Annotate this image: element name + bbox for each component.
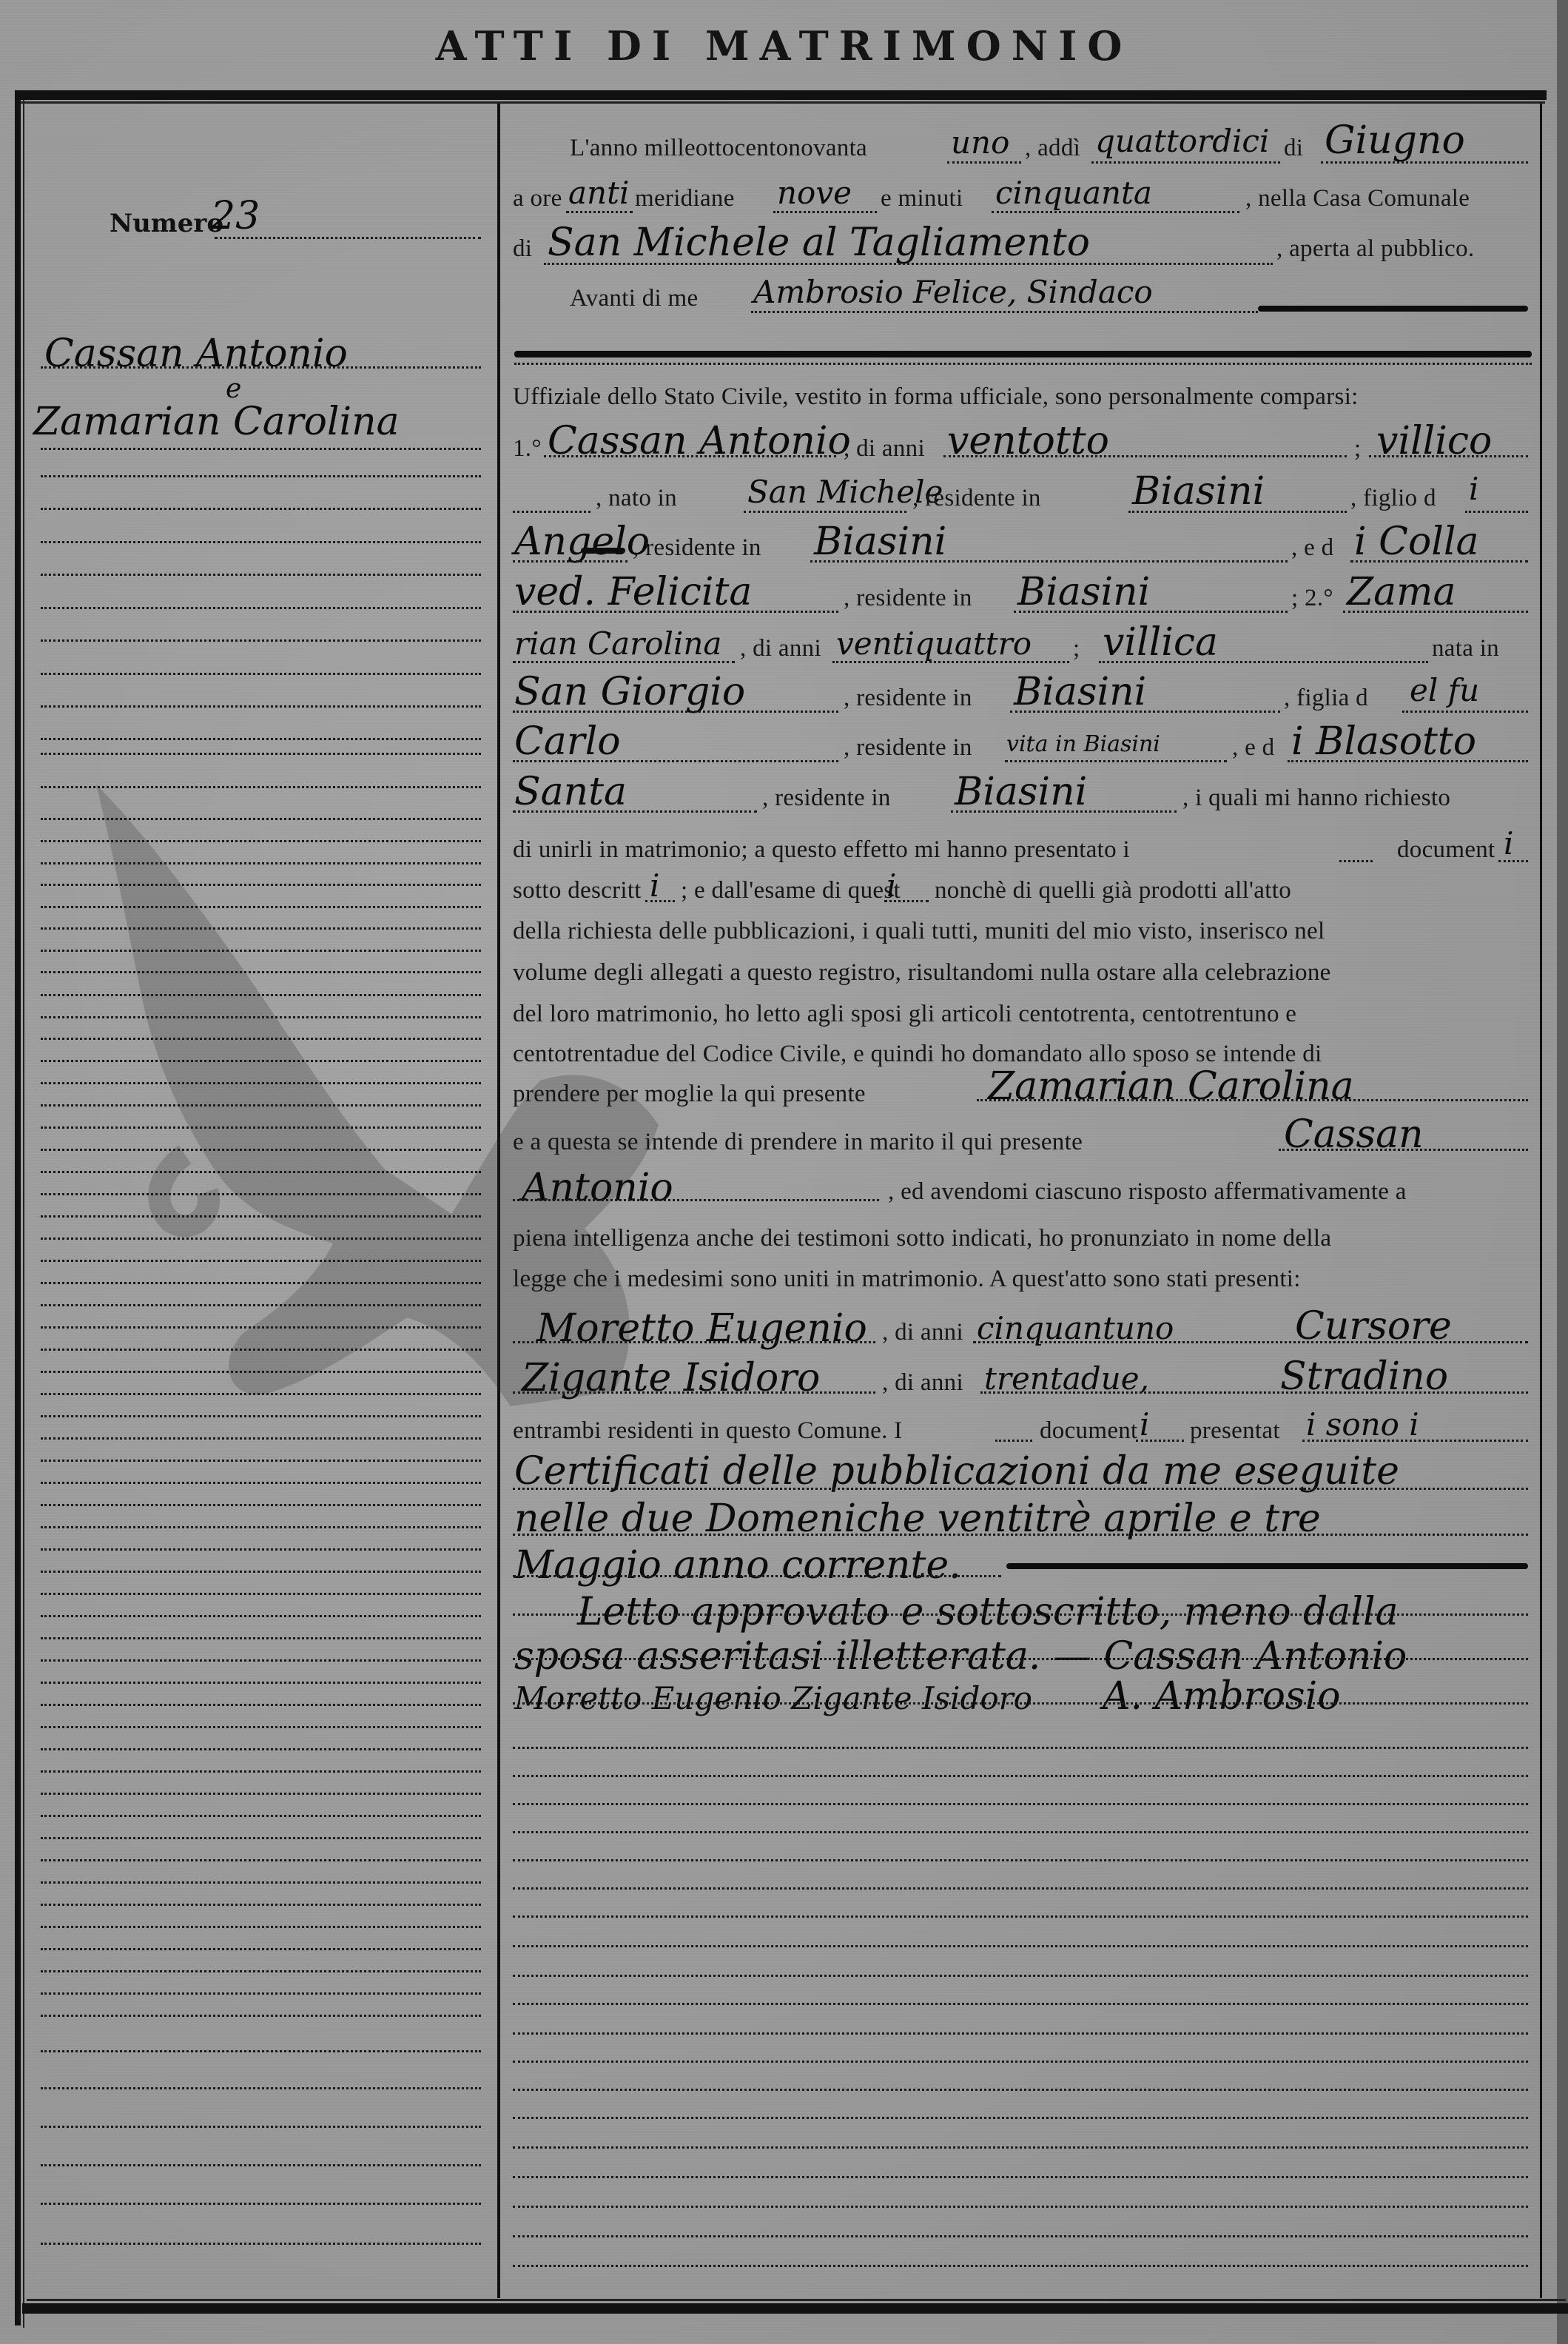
text-figlio-d: , figlio d (1350, 485, 1436, 512)
closing-statement: Letto approvato e sottoscritto, meno dal… (577, 1590, 1399, 1634)
dotted-line (977, 1099, 1528, 1101)
dotted-line (513, 1575, 1001, 1577)
dotted-line (513, 711, 838, 713)
bottom-rule-thin (27, 2299, 1566, 2301)
text-e-d: , e d (1291, 534, 1333, 562)
field-hour: nove (777, 175, 852, 211)
field-officiant: Ambrosio Felice, Sindaco (753, 274, 1153, 310)
filler-line (1258, 306, 1528, 312)
dotted-line (1339, 860, 1373, 862)
dotted-line (992, 211, 1239, 213)
field-document-suffix-2: i (1140, 1406, 1149, 1443)
dotted-line (951, 810, 1177, 813)
text-semicolon: ; (1073, 635, 1080, 662)
text-body-18: del loro matrimonio, ho letto agli sposi… (513, 1001, 1296, 1028)
text-2: ; 2.° (1291, 585, 1333, 612)
dotted-line (751, 311, 1258, 313)
dotted-line (566, 211, 633, 213)
numero-label: Numero (110, 209, 223, 238)
dotted-line (513, 1534, 1528, 1536)
index-spouse-1: Cassan Antonio (44, 332, 348, 376)
text-figlia-d: , figlia d (1284, 685, 1368, 712)
text-nonche: nonchè di quelli già prodotti all'atto (935, 877, 1291, 904)
field-witness-1-name: Moretto Eugenio (536, 1306, 867, 1351)
dotted-line (645, 900, 675, 902)
column-divider (497, 104, 500, 2298)
field-year: uno (951, 124, 1009, 161)
text-meridiane: meridiane (635, 185, 735, 212)
field-minutes: cinquanta (995, 175, 1152, 211)
field-municipality: San Michele al Tagliamento (548, 221, 1090, 265)
dotted-line (513, 810, 757, 813)
dotted-line (513, 511, 590, 513)
dotted-line (513, 661, 735, 663)
text-di: di (1284, 135, 1303, 162)
dotted-line (514, 363, 1532, 365)
text-avendomi: , ed avendomi ciascuno risposto affermat… (888, 1178, 1407, 1206)
field-document-suffix: i (1504, 825, 1513, 862)
text-body-24: legge che i medesimi sono uniti in matri… (513, 1266, 1301, 1293)
register-title: ATTI DI MATRIMONIO (0, 22, 1568, 70)
text-residente-in: , residente in (762, 785, 891, 812)
field-presentat-suffix: i sono i (1306, 1406, 1419, 1443)
field-bride-occupation: villica (1103, 620, 1218, 665)
text-body-16: della richiesta delle pubblicazioni, i q… (513, 918, 1325, 945)
field-bride-father-prefix: el fu (1410, 672, 1479, 708)
text-prendere-moglie: prendere per moglie la qui presente (513, 1081, 866, 1108)
field-groom-father-residence: Biasini (814, 520, 946, 564)
right-border (1540, 104, 1542, 2298)
field-groom-mother: i Colla (1354, 520, 1479, 564)
dotted-line (513, 1613, 1528, 1616)
text-body-17: volume degli allegati a questo registro,… (513, 959, 1331, 987)
dotted-line (773, 211, 877, 213)
field-groom-given-name: Antonio (522, 1166, 673, 1210)
left-border (15, 90, 21, 2325)
bottom-rule (22, 2303, 1568, 2314)
field-bride-birthplace: San Giorgio (514, 670, 745, 714)
dotted-line (832, 661, 1069, 663)
index-spouse-2: Zamarian Carolina (33, 400, 400, 444)
dotted-line (544, 263, 1273, 265)
text-nato-in: , nato in (596, 485, 677, 512)
dotted-line (1465, 511, 1528, 513)
dotted-line (513, 1391, 875, 1394)
field-bride-mother: i Blasotto (1291, 719, 1476, 764)
text-di-comune: di (513, 235, 532, 263)
field-bride-surname-start: Zama (1347, 570, 1456, 614)
text-document: document (1397, 836, 1495, 864)
dotted-line (1321, 161, 1528, 164)
witness-signatures: Moretto Eugenio Zigante Isidoro (514, 1680, 1032, 1716)
field-bride-mother-residence: Biasini (955, 770, 1087, 814)
dotted-line (973, 1341, 1528, 1343)
field-bride-father: Carlo (514, 719, 621, 764)
text-a-ore: a ore (513, 185, 562, 212)
dotted-line (513, 1658, 1528, 1660)
field-bride-name: rian Carolina (514, 625, 721, 662)
text-minuti: e minuti (881, 185, 963, 212)
dotted-line (1498, 860, 1528, 862)
text-di-anni: , di anni (882, 1369, 963, 1397)
dotted-line (1136, 1440, 1184, 1442)
field-bride-age: ventiquattro (836, 625, 1032, 662)
text-residente-in: , residente in (912, 485, 1041, 512)
top-rule (15, 90, 1547, 100)
text-aperta-pubblico: , aperta al pubblico. (1276, 235, 1474, 263)
text-residente-in: , residente in (844, 734, 972, 762)
text-casa-comunale: , nella Casa Comunale (1245, 185, 1470, 212)
text-unirli: di unirli in matrimonio; a questo effett… (513, 836, 1130, 864)
handwritten-documents-line-1: Certificati delle pubblicazioni da me es… (514, 1449, 1399, 1494)
field-day: quattordici (1095, 123, 1269, 159)
act-number: 23 (211, 194, 260, 238)
dotted-line (980, 1391, 1528, 1394)
dotted-line (513, 611, 838, 613)
dotted-line (1288, 760, 1528, 762)
filler-line (1006, 1563, 1528, 1569)
dotted-line (947, 161, 1021, 164)
text-body-23: piena intelligenza anche dei testimoni s… (513, 1225, 1331, 1252)
dotted-line (1343, 611, 1528, 613)
field-groom-father: Angelo (514, 520, 650, 564)
text-document: document (1040, 1417, 1138, 1445)
dotted-line (943, 455, 1347, 457)
dotted-line (995, 1440, 1032, 1442)
text-di-anni: , di anni (740, 635, 821, 662)
text-addi: , addì (1025, 135, 1080, 162)
dotted-line (513, 1341, 875, 1343)
dotted-line (744, 511, 906, 513)
field-groom-mother-cont: ved. Felicita (514, 570, 752, 614)
text-esame: ; e dall'esame di quest (681, 877, 901, 904)
text-prendere-marito: e a questa se intende di prendere in mar… (513, 1129, 1083, 1156)
dotted-line (1402, 711, 1528, 713)
text-di-anni: , di anni (882, 1319, 963, 1346)
officiant-signature: A. Ambrosio (1103, 1674, 1341, 1719)
text-residente-in: , residente in (844, 585, 972, 612)
numero-dotted-line (215, 237, 481, 239)
field-groom-mother-residence: Biasini (1017, 570, 1150, 614)
closing-illiterate-groom-signature: sposa asseritasi illetterata. — Cassan A… (514, 1634, 1407, 1679)
text-sotto-descritt: sotto descritt (513, 877, 642, 904)
text-presentat: presentat (1190, 1417, 1280, 1445)
text-residente-in: , residente in (633, 534, 761, 562)
text-quali-richiesto: , i quali mi hanno richiesto (1182, 785, 1450, 812)
text-residente-in: , residente in (844, 685, 972, 712)
text-year-label: L'anno milleottocentonovanta (570, 135, 867, 162)
field-groom-father-prefix: i (1469, 471, 1478, 507)
top-rule-thin (21, 101, 1545, 104)
text-ufficiale-intro: Uffiziale dello Stato Civile, vestito in… (513, 383, 1359, 411)
dotted-line (513, 1488, 1528, 1490)
dotted-line (1350, 560, 1528, 563)
text-semicolon: ; (1354, 435, 1361, 463)
dotted-line (1010, 711, 1280, 713)
field-quest-suffix: i (886, 867, 896, 904)
field-bride-residence: Biasini (1014, 670, 1146, 714)
field-bride-father-residence: vita in Biasini (1006, 731, 1160, 757)
dotted-line (1014, 611, 1288, 613)
dotted-line (1369, 455, 1528, 457)
section-rule (514, 351, 1532, 357)
text-nata-in: nata in (1432, 635, 1499, 662)
field-bride-mother-cont: Santa (514, 770, 627, 814)
page-edge (1557, 0, 1568, 2344)
dotted-line (513, 560, 627, 563)
dotted-line (1302, 1440, 1528, 1442)
text-avanti-di-me: Avanti di me (570, 285, 698, 312)
dotted-line (1128, 511, 1347, 513)
text-di-anni: , di anni (844, 435, 925, 463)
dotted-line (513, 760, 838, 762)
left-border-thin (23, 100, 24, 2328)
text-e-d: , e d (1232, 734, 1274, 762)
handwritten-documents-line-3: Maggio anno corrente. (514, 1543, 961, 1588)
field-ante: anti (568, 175, 629, 211)
dotted-line (1279, 1149, 1528, 1151)
dotted-line (513, 1702, 1528, 1705)
dotted-line (544, 455, 836, 457)
field-witness-2-name: Zigante Isidoro (522, 1356, 820, 1400)
field-month: Giugno (1325, 118, 1465, 163)
dotted-line (1005, 760, 1227, 762)
dotted-line (1091, 161, 1280, 164)
field-bride-full-name: Zamarian Carolina (988, 1064, 1354, 1109)
text-entrambi: entrambi residenti in questo Comune. I (513, 1417, 902, 1445)
dotted-line (513, 1199, 879, 1201)
field-groom-residence: Biasini (1132, 469, 1265, 514)
dotted-line (884, 900, 929, 902)
dotted-line (810, 560, 1288, 563)
text-1: 1.° (513, 435, 542, 463)
filler-line (581, 548, 625, 554)
field-descritt-suffix: i (650, 867, 659, 904)
dotted-line (1099, 661, 1428, 663)
